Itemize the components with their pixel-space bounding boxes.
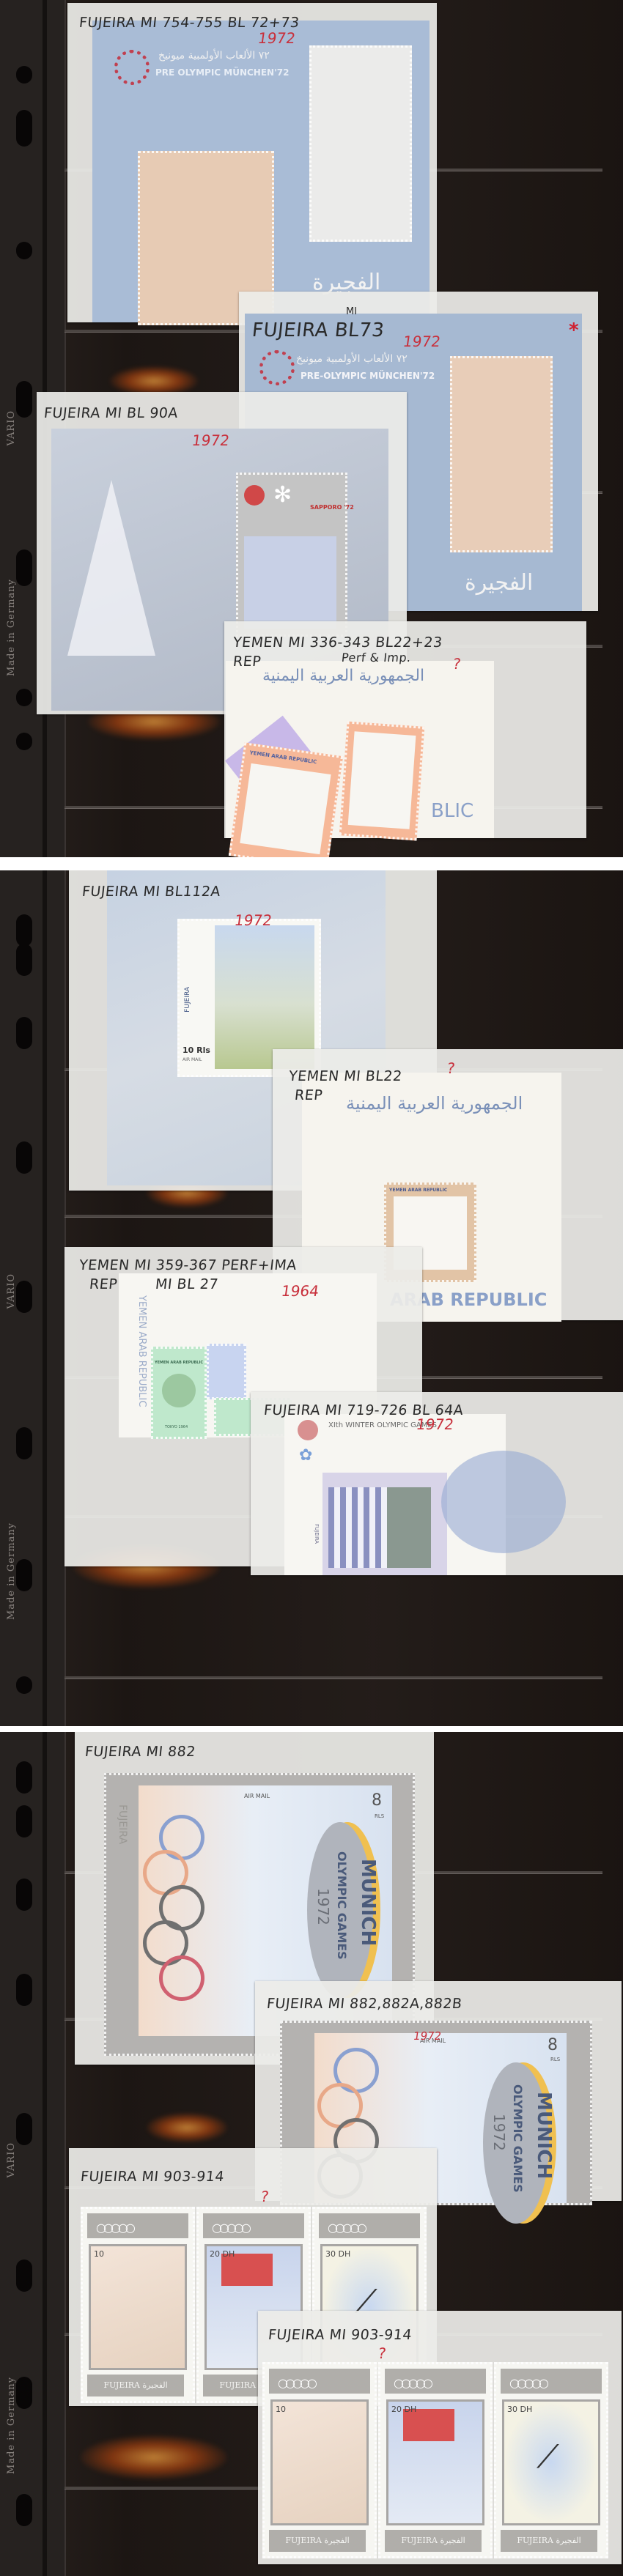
glassine-envelope[interactable]: ٧٢ الألعاب الأولمبية ميونيخ PRE OLYMPIC …	[67, 3, 437, 322]
binder-hole	[16, 2494, 32, 2526]
made-in-text: Made in Germany	[6, 1522, 17, 1620]
olympic-rings-icon: ○○○○○	[394, 2376, 430, 2390]
binder-hole	[16, 1761, 32, 1794]
binder-hole	[16, 2113, 32, 2145]
handwritten-label-line2: MI BL 27	[155, 1276, 219, 1292]
binder-hole	[16, 1676, 32, 1694]
year-note: 1972	[257, 29, 296, 47]
stamp: ○○○○○20 DHFUJEIRA الفجيرة	[378, 2362, 493, 2558]
handwritten-label-rep: REP	[89, 1276, 118, 1292]
snowflake-icon: ✻	[273, 482, 292, 508]
handwritten-label: FUJEIRA MI 903-914	[80, 2169, 225, 2185]
binder-hole	[16, 1974, 32, 2006]
binder-hole	[16, 549, 32, 586]
brand-text: VARIO	[6, 410, 17, 445]
ski-jumper-icon: ⟋	[537, 2438, 559, 2476]
made-in-text: Made in Germany	[6, 579, 17, 676]
olympic-rings-icon: ○○○○○	[278, 2376, 314, 2390]
binder-hole	[16, 689, 32, 706]
binder-strip: VARIO Made in Germany	[0, 870, 66, 1726]
handwritten-label: FUJEIRA MI BL112A	[81, 884, 221, 900]
binder-hole	[16, 1879, 32, 1911]
binder-hole	[16, 2377, 32, 2409]
year-note: 1972	[402, 333, 441, 350]
binder-hole	[16, 1427, 32, 1459]
handwritten-label-line2: REP	[232, 654, 262, 670]
olympic-rings-icon: ○○○○○	[509, 2376, 546, 2390]
binder-hole	[16, 2259, 32, 2292]
binder-hole	[16, 1017, 32, 1049]
binder-hole	[16, 1805, 32, 1837]
stock-page-1: VARIO Made in Germany ٧٢ الألعاب الأولمب…	[0, 0, 623, 857]
stamp: ○○○○○10FUJEIRA الفجيرة	[262, 2362, 377, 2558]
stamp: YEMEN ARAB REPUBLIC TOKYO 1964	[151, 1347, 207, 1439]
stamp: YEMEN ARAB REPUBLIC	[229, 742, 343, 857]
binder-strip: VARIO Made in Germany	[0, 1732, 66, 2576]
snowflake-icon: ✿	[299, 1446, 312, 1465]
stamp: ✻ SAPPORO '72	[236, 473, 347, 637]
handwritten-label: FUJEIRA MI 903-914	[268, 2327, 413, 2343]
stamp-footer: FUJEIRA الفجيرة	[501, 2530, 597, 2552]
label-prefix: MI	[346, 306, 357, 317]
brand-text: VARIO	[6, 1273, 17, 1309]
handwritten-label: YEMEN MI 359-367 PERF+IMA	[78, 1257, 298, 1273]
glassine-envelope[interactable]: الجمهورية العربية اليمنية YEMEN ARAB REP…	[224, 621, 586, 838]
binder-hole	[16, 1141, 32, 1174]
binder-hole	[16, 242, 32, 259]
binder-hole	[16, 914, 32, 947]
stamp-value: 10	[276, 2405, 286, 2414]
stamp-value: 30 DH	[325, 2249, 350, 2259]
handwritten-label: FUJEIRA BL73	[251, 319, 385, 341]
binder-hole	[16, 1559, 32, 1591]
stamp-value: 10	[94, 2249, 104, 2259]
year-note: 1964	[280, 1282, 320, 1300]
year-note: 1972	[413, 2029, 443, 2043]
handwritten-note: Perf & Imp.	[341, 651, 412, 665]
stamp-value: 20 DH	[391, 2405, 416, 2414]
handwritten-label: FUJEIRA MI 882,882A,882B	[266, 1996, 463, 2012]
stamp: ○○○○○⟋30 DHFUJEIRA الفجيرة	[494, 2362, 608, 2558]
binder-hole	[16, 110, 32, 147]
question-mark: ?	[377, 2344, 387, 2362]
handwritten-label: YEMEN MI BL22	[288, 1068, 403, 1084]
handwritten-label: FUJEIRA MI 882	[84, 1744, 196, 1760]
stamp	[207, 1344, 246, 1399]
year-note: 1972	[233, 911, 273, 929]
souvenir-sheet: ٧٢ الألعاب الأولمبية ميونيخ PRE OLYMPIC …	[92, 21, 430, 322]
stock-page-2: VARIO Made in Germany FUJEIRA 10 Rls AIR…	[0, 870, 623, 1726]
stamp-footer: FUJEIRA الفجيرة	[385, 2530, 482, 2552]
olympic-rings-icon: ○○○○○	[328, 2221, 364, 2235]
handwritten-label: FUJEIRA MI 754-755 BL 72+73	[78, 15, 301, 31]
year-note: 1972	[415, 1415, 454, 1433]
glassine-envelope[interactable]: ✿ XIth WINTER OLYMPIC GAMES FUJEIRA FUJE…	[251, 1392, 623, 1575]
olympic-rings-icon: ○○○○○	[212, 2221, 248, 2235]
handwritten-label-line2: REP	[294, 1087, 323, 1103]
stamp-footer: FUJEIRA الفجيرة	[87, 2375, 184, 2397]
handwritten-label: FUJEIRA MI BL 90A	[43, 405, 179, 421]
brand-text: VARIO	[6, 2142, 17, 2177]
binder-hole	[16, 1281, 32, 1313]
binder-hole	[16, 381, 32, 418]
olympic-rings-icon: ○○○○○	[96, 2221, 133, 2235]
year-note: 1972	[191, 432, 230, 449]
binder-hole	[16, 733, 32, 750]
stamp	[309, 45, 412, 242]
stamp-strip: ○○○○○10FUJEIRA الفجيرة○○○○○20 DHFUJEIRA …	[262, 2362, 617, 2560]
souvenir-sheet: الجمهورية العربية اليمنية YEMEN ARAB REP…	[226, 661, 494, 838]
question-mark: ?	[259, 2188, 270, 2205]
stamp	[339, 721, 425, 840]
binder-hole	[16, 66, 32, 84]
stock-page-3: VARIO Made in Germany AIR MAIL 8 RLS MUN…	[0, 1732, 623, 2576]
stamp-footer: FUJEIRA الفجيرة	[269, 2530, 366, 2552]
handwritten-label: YEMEN MI 336-343 BL22+23	[232, 634, 443, 651]
binder-hole	[16, 944, 32, 976]
stamp: ○○○○○10FUJEIRA الفجيرة	[81, 2207, 195, 2403]
stamp-value: 30 DH	[507, 2405, 532, 2414]
star-mark: *	[569, 319, 579, 341]
stamp-value: 20 DH	[210, 2249, 235, 2259]
made-in-text: Made in Germany	[6, 2377, 17, 2474]
stamp	[450, 356, 553, 552]
glassine-envelope[interactable]: ○○○○○10FUJEIRA الفجيرة○○○○○20 DHFUJEIRA …	[258, 2311, 622, 2564]
